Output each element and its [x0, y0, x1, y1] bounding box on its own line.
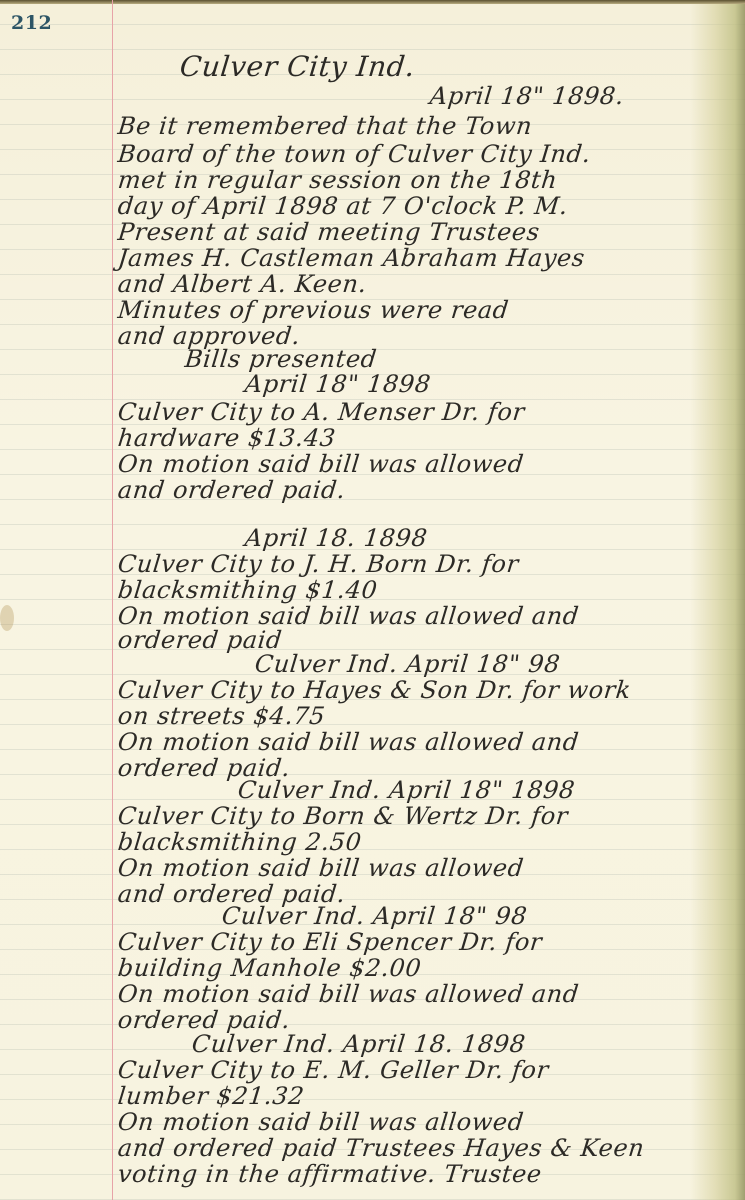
bill-line: On motion said bill was allowed and [117, 728, 581, 756]
bill-line: On motion said bill was allowed [117, 854, 526, 882]
preamble-line: James H. Castleman Abraham Hayes [117, 244, 587, 272]
bill-line: Culver City to E. M. Geller Dr. for [117, 1056, 551, 1084]
preamble-line: Minutes of previous were read [117, 296, 511, 324]
bill-line: lumber $21.32 [117, 1082, 306, 1110]
bill-line: On motion said bill was allowed and [117, 980, 581, 1008]
bill-line: blacksmithing 2.50 [117, 828, 363, 856]
bill-line: building Manhole $2.00 [117, 954, 423, 982]
page-number: 212 [11, 12, 52, 34]
bill-line: voting in the affirmative. Trustee [117, 1160, 544, 1188]
preamble-line: and Albert A. Keen. [117, 270, 369, 298]
preamble-line: day of April 1898 at 7 O'clock P. M. [117, 192, 570, 220]
preamble-line: Be it remembered that the Town [117, 112, 534, 140]
bill-line: Culver City to J. H. Born Dr. for [117, 550, 521, 578]
preamble-line: Board of the town of Culver City Ind. [117, 140, 593, 168]
bill-line: hardware $13.43 [117, 424, 338, 452]
bill-date: Culver Ind. April 18" 1898 [237, 776, 577, 804]
bill-line: Culver City to A. Menser Dr. for [117, 398, 527, 426]
bill-line: and ordered paid Trustees Hayes & Keen [117, 1134, 646, 1162]
header-date: April 18" 1898. [429, 82, 626, 110]
bill-line: blacksmithing $1.40 [117, 576, 379, 604]
preamble-line: Present at said meeting Trustees [117, 218, 542, 246]
bill-date: Culver Ind. April 18" 98 [221, 902, 529, 930]
preamble-line: met in regular session on the 18th [117, 166, 559, 194]
bill-line: Culver City to Born & Wertz Dr. for [117, 802, 570, 830]
bill-date: April 18. 1898 [244, 524, 429, 552]
header-place: Culver City Ind. [178, 50, 416, 83]
paper-stain [0, 605, 14, 631]
bill-line: Culver City to Hayes & Son Dr. for work [117, 676, 633, 704]
bill-line: On motion said bill was allowed [117, 450, 526, 478]
bill-line: On motion said bill was allowed [117, 1108, 526, 1136]
bill-date: Culver Ind. April 18" 98 [254, 650, 562, 678]
bill-line: and ordered paid. [117, 476, 347, 504]
ledger-page: 212 Culver City Ind. April 18" 1898. Be … [0, 0, 745, 1200]
bill-line: Culver City to Eli Spencer Dr. for [117, 928, 544, 956]
bills-heading: Bills presented [184, 345, 379, 373]
bill-date: Culver Ind. April 18. 1898 [191, 1030, 527, 1058]
bill-date: April 18" 1898 [244, 370, 433, 398]
bill-line: on streets $4.75 [117, 702, 327, 730]
margin-rule [112, 0, 113, 1200]
